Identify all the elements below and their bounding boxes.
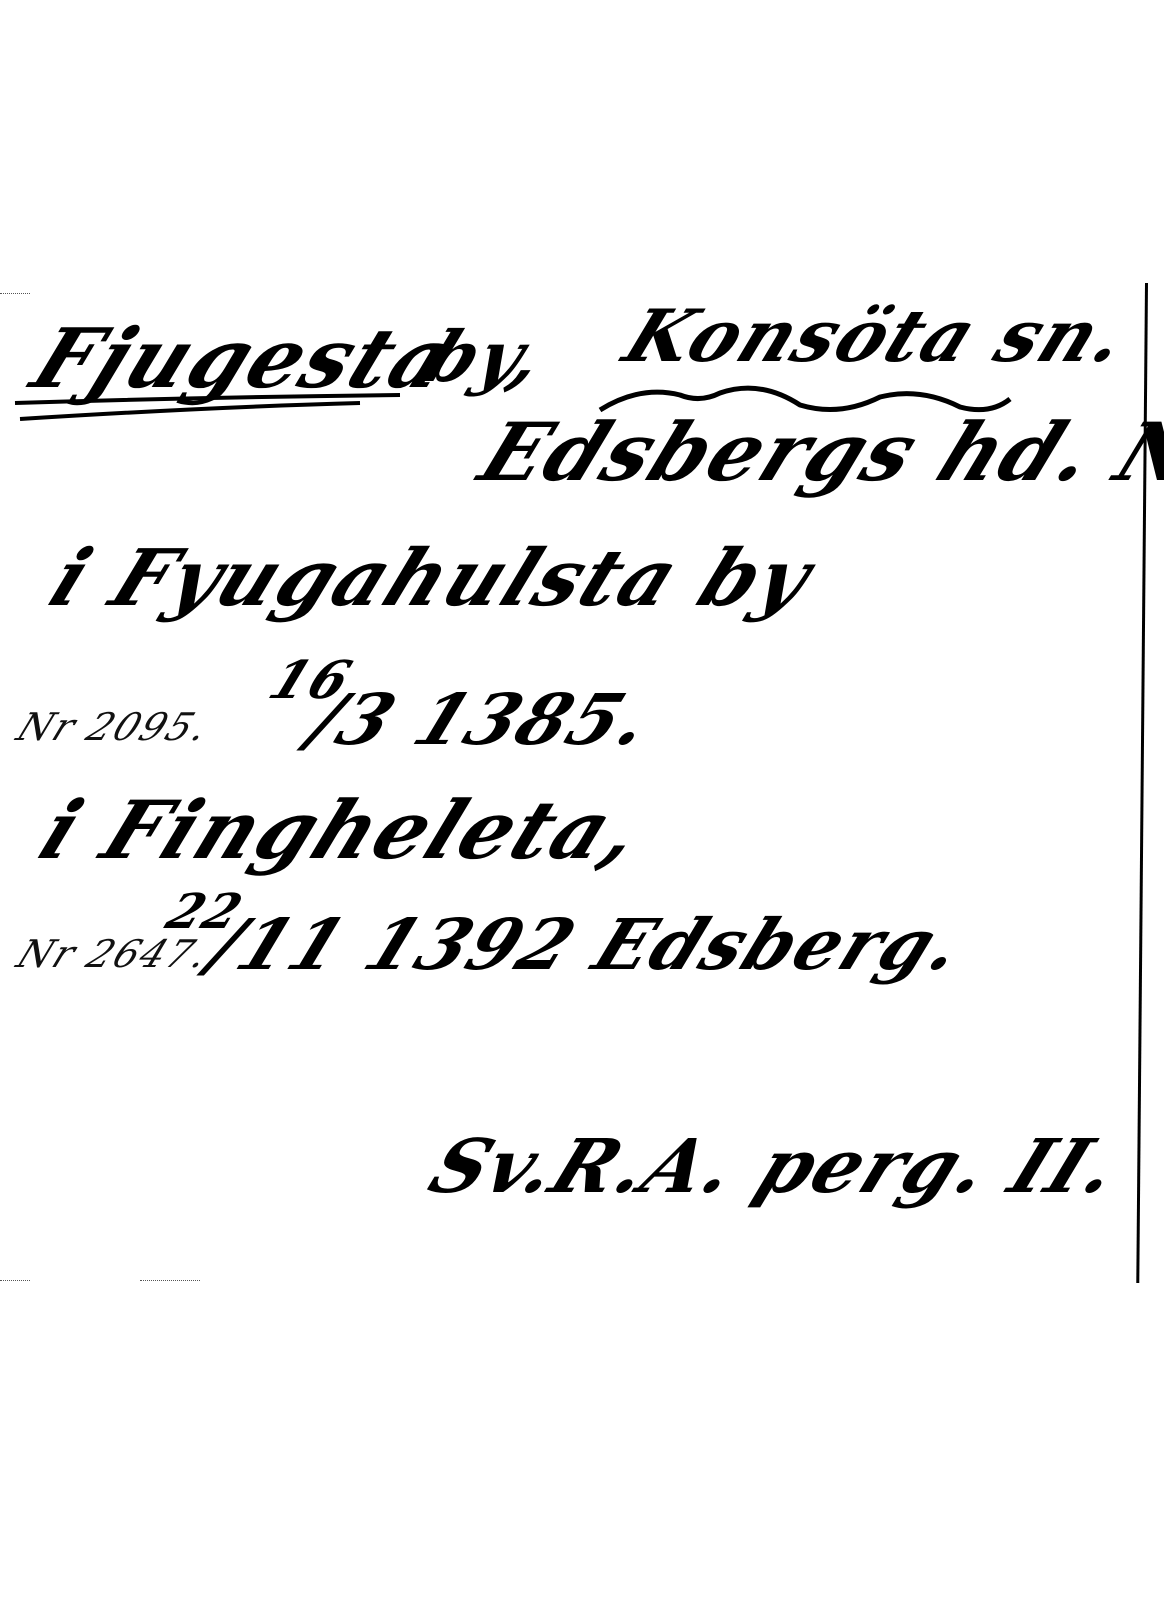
archive-source-reference: Sv.R.A. perg. II.	[420, 1130, 1131, 1204]
scan-speckle	[0, 293, 30, 295]
entry-1-reference-number: Nr 2095.	[12, 708, 216, 746]
entry-2-text: i Fingheleta,	[30, 790, 655, 870]
parish-name: Konsöta sn.	[615, 300, 1139, 372]
entry-2-reference-number: Nr 2647.	[12, 935, 216, 973]
scan-speckle	[140, 1280, 200, 1282]
place-name-heading: Fjugesta	[22, 318, 465, 400]
entry-2-date-and-place: /11 1392 Edsberg.	[200, 910, 974, 980]
index-card: Fjugesta by, Konsöta sn. Edsbergs hd. Nr…	[0, 0, 1164, 1615]
entry-1-text: i Fyugahulsta by	[40, 540, 823, 618]
heading-double-underline	[10, 395, 410, 425]
entry-1-date: /3 1385.	[300, 685, 662, 755]
scan-speckle	[0, 1280, 30, 1282]
hundred-district: Edsbergs hd. Nrk.	[470, 412, 1164, 492]
